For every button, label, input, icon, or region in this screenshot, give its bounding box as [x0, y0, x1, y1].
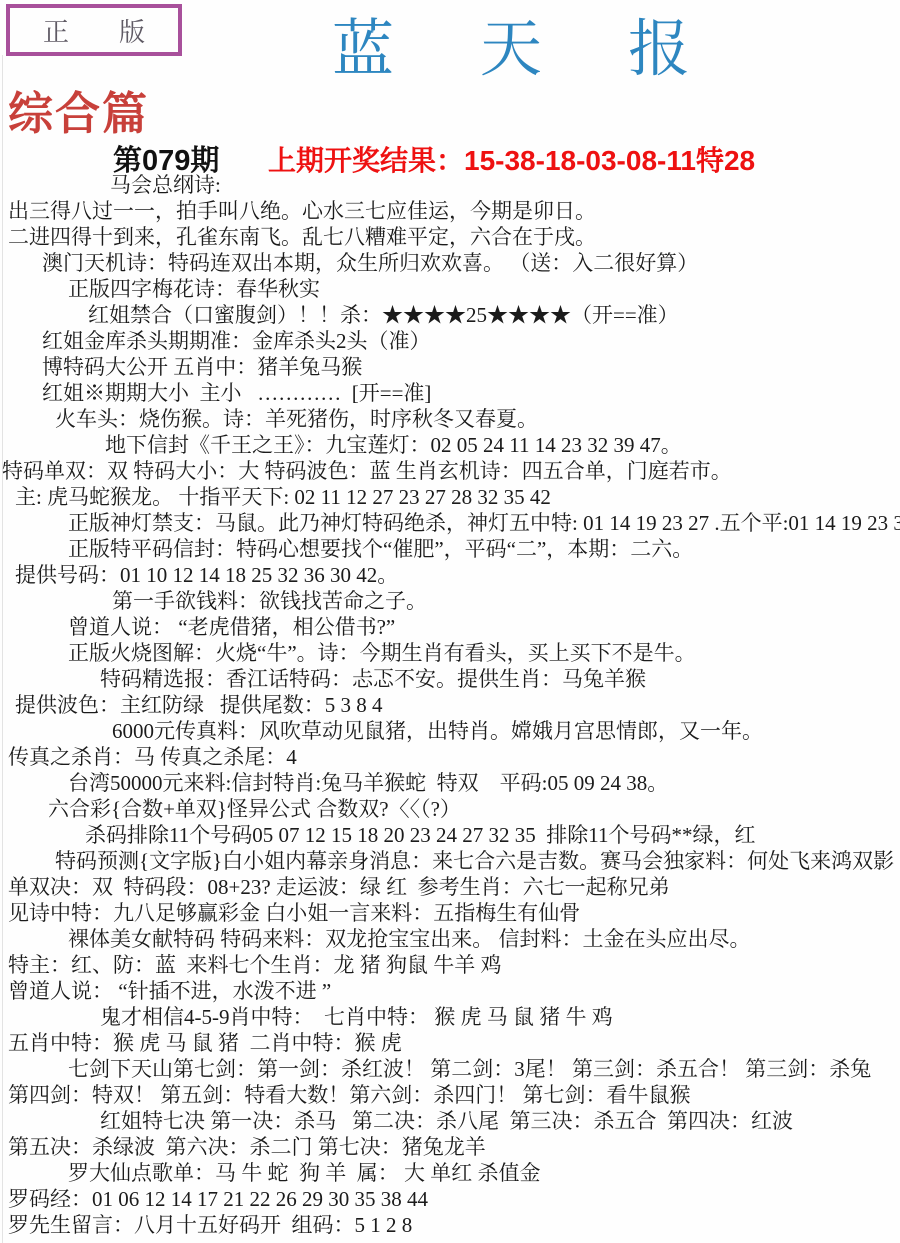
- edition-badge: 正版: [6, 4, 182, 56]
- page-title: 蓝天报: [332, 16, 776, 84]
- content-lines: 马会总纲诗:出三得八过一一，拍手叫八绝。心水三七应佳运，今期是卯日。二进四得十到…: [0, 172, 900, 1238]
- text-line: 鬼才相信4-5-9肖中特： 七肖中特： 猴 虎 马 鼠 猪 牛 鸡: [0, 1004, 900, 1030]
- text-line: 地下信封《千王之王》：九宝莲灯：02 05 24 11 14 23 32 39 …: [0, 432, 900, 458]
- text-line: 第一手欲钱料：欲钱找苦命之子。: [0, 588, 900, 614]
- text-line: 传真之杀肖：马 传真之杀尾：4: [0, 744, 900, 770]
- text-line: 曾道人说： “老虎借猪，相公借书?”: [0, 614, 900, 640]
- text-line: 第四剑：特双！ 第五剑：特看大数！第六剑：杀四门！ 第七剑：看牛鼠猴: [0, 1082, 900, 1108]
- issue-row: 第079期 上期开奖结果：15-38-18-03-08-11特28: [0, 138, 900, 172]
- text-line: 六合彩{合数+单双}怪异公式 合数双?〈〈（?）: [0, 796, 900, 822]
- text-line: 罗码经：01 06 12 14 17 21 22 26 29 30 35 38 …: [0, 1186, 900, 1212]
- text-line: 马会总纲诗:: [0, 172, 900, 198]
- text-line: 红姐※期期大小 主小 ………… [开==准]: [0, 380, 900, 406]
- text-line: 火车头：烧伤猴。诗：羊死猪伤，时序秋冬又春夏。: [0, 406, 900, 432]
- text-line: 红姐金库杀头期期准：金库杀头2头（准）: [0, 328, 900, 354]
- text-line: 提供号码：01 10 12 14 18 25 32 36 30 42。: [0, 562, 900, 588]
- text-line: 七剑下天山第七剑：第一剑：杀红波！ 第二剑：3尾！ 第三剑：杀五合！ 第三剑：杀…: [0, 1056, 900, 1082]
- text-line: 正版四字梅花诗：春华秋实: [0, 276, 900, 302]
- text-line: 裸体美女献特码 特码来料：双龙抢宝宝出来。 信封料：土金在头应出尽。: [0, 926, 900, 952]
- text-line: 特码单双：双 特码大小：大 特码波色：蓝 生肖玄机诗：四五合单，门庭若市。: [0, 458, 900, 484]
- text-line: 正版火烧图解：火烧“牛”。诗：今期生肖有看头，买上买下不是牛。: [0, 640, 900, 666]
- text-line: 正版神灯禁支：马鼠。此乃神灯特码绝杀，神灯五中特: 01 14 19 23 27…: [0, 510, 900, 536]
- text-line: 红姐特七决 第一决：杀马 第二决：杀八尾 第三决：杀五合 第四决：红波: [0, 1108, 900, 1134]
- text-line: 特码精选报：香江话特码：忐忑不安。提供生肖：马兔羊猴: [0, 666, 900, 692]
- edition-badge-label: 正版: [18, 12, 195, 49]
- text-line: 罗先生留言：八月十五好码开 组码：5 1 2 8: [0, 1212, 900, 1238]
- section-heading: 综合篇: [8, 90, 149, 140]
- blue-sky-report-page: 正版 蓝天报 综合篇 第079期 上期开奖结果：15-38-18-03-08-1…: [0, 0, 900, 1243]
- text-line: 特主：红、防：蓝 来料七个生肖：龙 猪 狗鼠 牛羊 鸡: [0, 952, 900, 978]
- text-line: 见诗中特：九八足够赢彩金 白小姐一言来料：五指梅生有仙骨: [0, 900, 900, 926]
- text-line: 曾道人说： “针插不进，水泼不进 ”: [0, 978, 900, 1004]
- text-line: 澳门天机诗：特码连双出本期，众生所归欢欢喜。 （送：入二很好算）: [0, 250, 900, 276]
- text-line: 6000元传真料：风吹草动见鼠猪，出特肖。嫦娥月宫思情郎，又一年。: [0, 718, 900, 744]
- text-line: 主: 虎马蛇猴龙。 十指平天下: 02 11 12 27 23 27 28 32…: [0, 484, 900, 510]
- text-line: 红姐禁合（口蜜腹剑）！！杀：★★★★25★★★★（开==准）: [0, 302, 900, 328]
- text-line: 杀码排除11个号码05 07 12 15 18 20 23 24 27 32 3…: [0, 822, 900, 848]
- text-line: 罗大仙点歌单：马 牛 蛇 狗 羊 属： 大 单红 杀值金: [0, 1160, 900, 1186]
- text-line: 二进四得十到来，孔雀东南飞。乱七八糟难平定，六合在于戌。: [0, 224, 900, 250]
- text-line: 特码预测{文字版}白小姐内幕亲身消息：来七合六是吉数。赛马会独家料：何处飞来鸿双…: [0, 848, 900, 874]
- text-line: 单双决：双 特码段：08+23? 走运波：绿 红 参考生肖：六七一起称兄弟: [0, 874, 900, 900]
- text-line: 博特码大公开 五肖中：猪羊兔马猴: [0, 354, 900, 380]
- text-line: 台湾50000元来料:信封特肖:兔马羊猴蛇 特双 平码:05 09 24 38。: [0, 770, 900, 796]
- text-line: 提供波色：主红防绿 提供尾数：5 3 8 4: [0, 692, 900, 718]
- text-line: 出三得八过一一，拍手叫八绝。心水三七应佳运，今期是卯日。: [0, 198, 900, 224]
- text-line: 第五决：杀绿波 第六决：杀二门 第七决：猪兔龙羊: [0, 1134, 900, 1160]
- text-line: 五肖中特：猴 虎 马 鼠 猪 二肖中特：猴 虎: [0, 1030, 900, 1056]
- text-line: 正版特平码信封：特码心想要找个“催肥”，平码“二”，本期：二六。: [0, 536, 900, 562]
